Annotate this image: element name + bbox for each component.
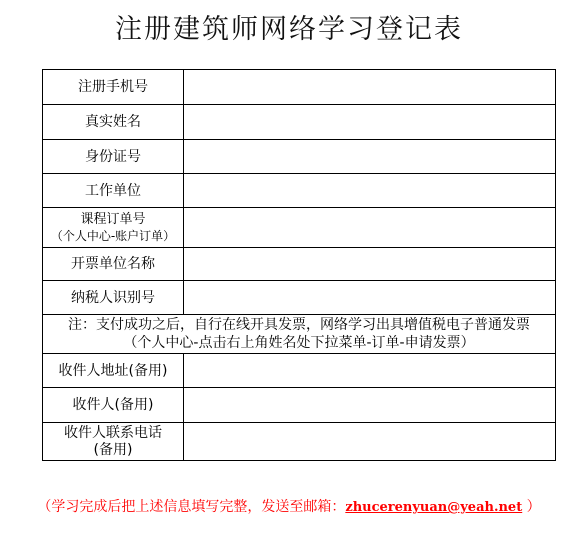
invoice-note: 注：支付成功之后，自行在线开具发票，网络学习出具增值税电子普通发票 （个人中心-…: [43, 315, 556, 354]
table-row-note: 注：支付成功之后，自行在线开具发票，网络学习出具增值税电子普通发票 （个人中心-…: [43, 315, 556, 354]
table-row-real-name: 真实姓名: [43, 105, 556, 140]
label-invoice-title: 开票单位名称: [43, 248, 184, 281]
instructions-text: （学习完成后把上述信息填写完整，发送至邮箱：: [37, 499, 345, 515]
label-work-unit: 工作单位: [43, 174, 184, 208]
label-recipient-phone-hint: (备用): [43, 442, 183, 459]
label-id-number: 身份证号: [43, 140, 184, 174]
table-row-id-number: 身份证号: [43, 140, 556, 174]
table-row-recipient-address: 收件人地址(备用): [43, 354, 556, 388]
phone-field[interactable]: [184, 70, 556, 105]
table-row-recipient-phone: 收件人联系电话 (备用): [43, 423, 556, 461]
email-link[interactable]: zhucerenyuan@yeah.net: [345, 500, 522, 515]
recipient-address-field[interactable]: [184, 354, 556, 388]
table-row-taxpayer-id: 纳税人识别号: [43, 281, 556, 315]
work-unit-field[interactable]: [184, 174, 556, 208]
recipient-phone-field[interactable]: [184, 423, 556, 461]
invoice-title-field[interactable]: [184, 248, 556, 281]
label-real-name: 真实姓名: [43, 105, 184, 140]
label-phone: 注册手机号: [43, 70, 184, 105]
invoice-note-line2: （个人中心-点击右上角姓名处下拉菜单-订单-申请发票）: [43, 334, 555, 352]
table-row-phone: 注册手机号: [43, 70, 556, 105]
table-row-invoice-title: 开票单位名称: [43, 248, 556, 281]
id-number-field[interactable]: [184, 140, 556, 174]
invoice-note-line1: 注：支付成功之后，自行在线开具发票，网络学习出具增值税电子普通发票: [43, 316, 555, 334]
table-row-order-number: 课程订单号 （个人中心-账户订单）: [43, 208, 556, 248]
label-taxpayer-id: 纳税人识别号: [43, 281, 184, 315]
label-order-number: 课程订单号 （个人中心-账户订单）: [43, 208, 184, 248]
registration-form-table: 注册手机号 真实姓名 身份证号 工作单位 课程订单号 （个人中心-账户订单） 开…: [42, 69, 556, 461]
real-name-field[interactable]: [184, 105, 556, 140]
table-row-recipient: 收件人(备用): [43, 388, 556, 423]
label-recipient-phone: 收件人联系电话 (备用): [43, 423, 184, 461]
page-title: 注册建筑师网络学习登记表: [0, 12, 578, 48]
label-recipient-address: 收件人地址(备用): [43, 354, 184, 388]
order-number-field[interactable]: [184, 208, 556, 248]
taxpayer-id-field[interactable]: [184, 281, 556, 315]
submission-instructions: （学习完成后把上述信息填写完整，发送至邮箱：zhucerenyuan@yeah.…: [0, 497, 578, 518]
label-order-number-hint: （个人中心-账户订单）: [43, 228, 183, 244]
label-recipient-phone-main: 收件人联系电话: [43, 425, 183, 442]
instructions-closing: ）: [522, 499, 540, 515]
label-recipient: 收件人(备用): [43, 388, 184, 423]
recipient-field[interactable]: [184, 388, 556, 423]
label-order-number-main: 课程订单号: [43, 211, 183, 228]
table-row-work-unit: 工作单位: [43, 174, 556, 208]
